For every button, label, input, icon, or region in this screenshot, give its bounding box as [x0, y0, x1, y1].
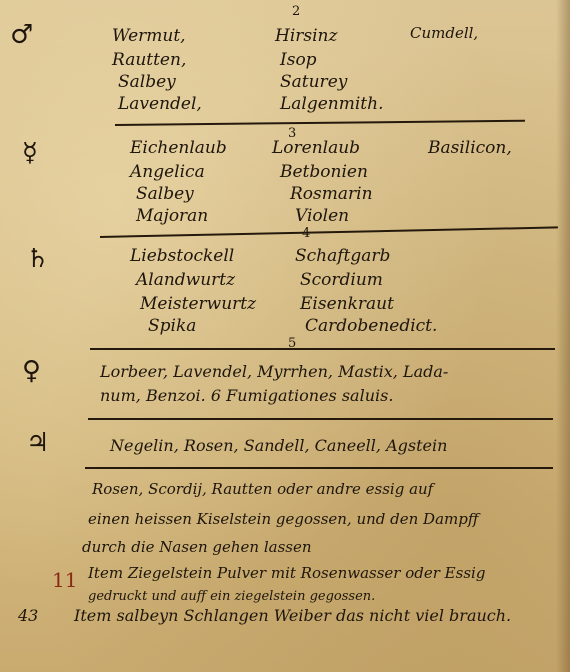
herb-word: Rautten,: [112, 52, 186, 69]
herb-word: Rosmarin: [290, 186, 373, 203]
herb-word: Meisterwurtz: [140, 296, 256, 313]
herb-word: Salbey: [136, 186, 194, 203]
herb-line: Lorbeer, Lavendel, Myrrhen, Mastix, Lada…: [100, 364, 448, 380]
final-line: Item salbeyn Schlangen Weiber das nicht …: [74, 608, 511, 624]
section-number: 5: [288, 336, 296, 351]
divider-line: [100, 226, 558, 238]
herb-word: Salbey: [118, 74, 176, 91]
herb-line: num, Benzoi. 6 Fumigationes saluis.: [100, 388, 393, 404]
venus-symbol-icon: ♀: [22, 358, 41, 384]
herb-word: Wermut,: [112, 28, 186, 45]
herb-word: Lalgenmith.: [280, 96, 384, 113]
herb-word: Betbonien: [280, 164, 368, 181]
page-edge-shadow: [556, 0, 570, 672]
manuscript-page: ♂ 2 Wermut, Rautten, Salbey Lavendel, Hi…: [0, 0, 570, 672]
herb-line: Negelin, Rosen, Sandell, Caneell, Agstei…: [110, 438, 447, 454]
paragraph-line: durch die Nasen gehen lassen: [82, 540, 312, 555]
paragraph-line: einen heissen Kiselstein gegossen, und d…: [88, 512, 478, 527]
herb-word: Saturey: [280, 74, 347, 91]
herb-word: Violen: [295, 208, 349, 225]
herb-word: Angelica: [130, 164, 205, 181]
margin-note-mark: 43: [18, 606, 38, 625]
red-margin-mark: 11: [52, 568, 77, 592]
section-number: 2: [292, 4, 300, 19]
herb-word: Basilicon,: [428, 140, 512, 157]
herb-word: Spika: [148, 318, 196, 335]
mars-symbol-icon: ♂: [10, 22, 33, 48]
herb-word: Liebstockell: [130, 248, 234, 265]
jupiter-symbol-icon: ♃: [26, 430, 49, 456]
herb-word: Lavendel,: [118, 96, 202, 113]
herb-word: Majoran: [136, 208, 208, 225]
herb-word: Alandwurtz: [136, 272, 235, 289]
herb-word: Isop: [280, 52, 317, 69]
divider-line: [115, 120, 525, 126]
paragraph-line: Rosen, Scordij, Rautten oder andre essig…: [92, 482, 433, 497]
herb-word: Hirsinz: [275, 28, 337, 45]
herb-word: Schaftgarb: [295, 248, 390, 265]
paragraph-line: Item Ziegelstein Pulver mit Rosenwasser …: [88, 566, 485, 581]
herb-word: Eisenkraut: [300, 296, 394, 313]
divider-line: [88, 418, 553, 420]
divider-line: [85, 467, 553, 469]
herb-word: Cumdell,: [410, 26, 478, 41]
divider-line: [90, 348, 555, 350]
section-number: 4: [302, 226, 310, 241]
herb-word: Cardobenedict.: [305, 318, 437, 335]
saturn-symbol-icon: ♄: [26, 246, 49, 272]
herb-word: Eichenlaub: [130, 140, 227, 157]
herb-word: Lorenlaub: [272, 140, 360, 157]
mercury-symbol-icon: ☿: [22, 140, 38, 166]
herb-word: Scordium: [300, 272, 383, 289]
paragraph-line: gedruckt und auff ein ziegelstein gegoss…: [88, 590, 375, 603]
